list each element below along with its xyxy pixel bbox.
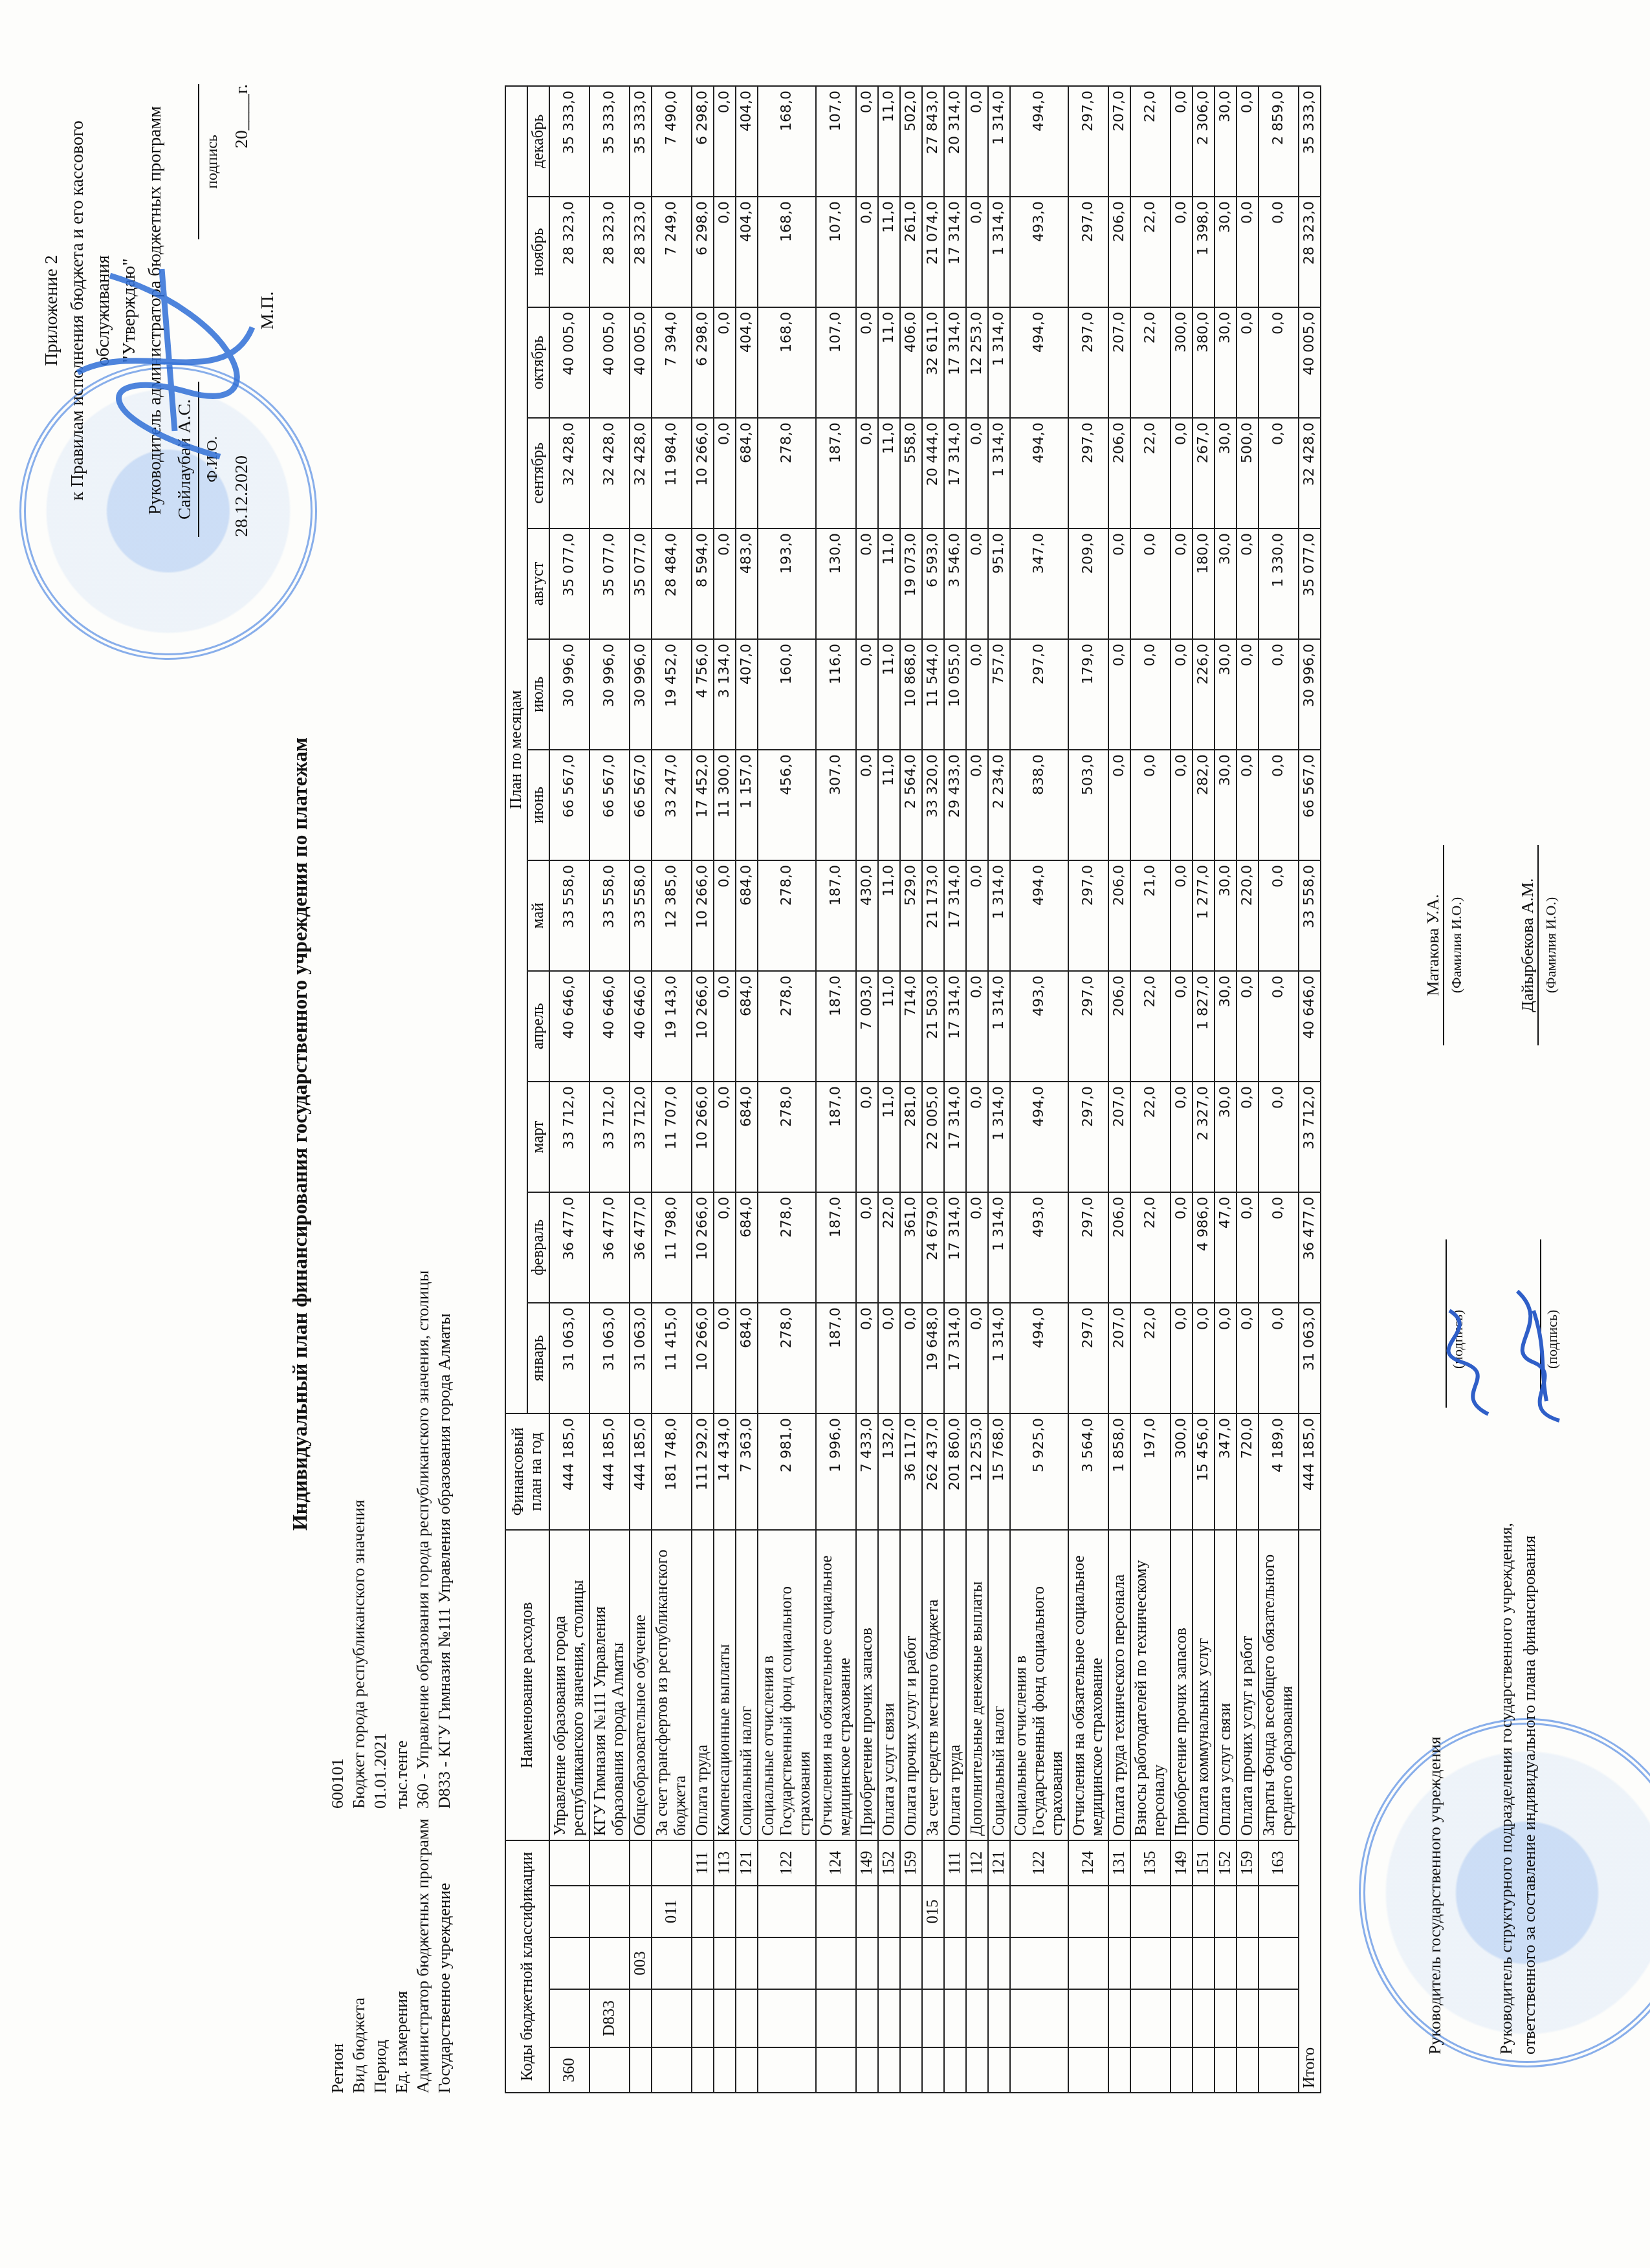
month-value: 0,0 xyxy=(856,750,878,860)
month-value: 28 323,0 xyxy=(589,197,630,307)
month-value: 0,0 xyxy=(1259,418,1299,529)
code-cell xyxy=(900,1937,922,1989)
signatures-block: Руководитель государственного учреждения… xyxy=(1424,114,1579,2055)
month-value: 30,0 xyxy=(1215,307,1237,418)
code-cell xyxy=(900,2047,922,2093)
month-value: 35 333,0 xyxy=(589,86,630,197)
meta-row: Государственное учреждение D833 - КГУ Ги… xyxy=(434,1264,455,2093)
month-value: 0,0 xyxy=(1171,1192,1193,1303)
month-value: 19 143,0 xyxy=(652,971,692,1082)
month-value: 206,0 xyxy=(1108,418,1130,529)
code-cell xyxy=(758,1989,816,2047)
month-value: 22,0 xyxy=(1130,1303,1171,1413)
code-cell xyxy=(549,1989,589,2047)
code-cell xyxy=(1130,2047,1171,2093)
document-title: Индивидуальный план финансирования госуд… xyxy=(288,0,312,2268)
month-value: 22,0 xyxy=(1130,1192,1171,1303)
month-value: 107,0 xyxy=(816,307,856,418)
table-row: D833КГУ Гимназия №111 Управления образов… xyxy=(589,86,630,2093)
month-value: 7 490,0 xyxy=(652,86,692,197)
month-value: 684,0 xyxy=(736,860,758,971)
month-value: 0,0 xyxy=(966,860,988,971)
month-value: 17 314,0 xyxy=(944,307,966,418)
expense-name: Оплата прочих услуг и работ xyxy=(900,1530,922,1840)
month-value: 278,0 xyxy=(758,418,816,529)
month-value: 40 005,0 xyxy=(549,307,589,418)
annual-value: 720,0 xyxy=(1237,1413,1259,1530)
month-value: 21,0 xyxy=(1130,860,1171,971)
month-value: 30,0 xyxy=(1215,860,1237,971)
expense-name: КГУ Гимназия №111 Управления образования… xyxy=(589,1530,630,1840)
month-value: 684,0 xyxy=(736,1082,758,1192)
signature-label: Руководитель структурного подразделения … xyxy=(1495,1440,1541,2055)
code-cell xyxy=(652,1840,692,1886)
expense-name: Оплата труда xyxy=(944,1530,966,1840)
month-value: 29 433,0 xyxy=(944,750,966,860)
expense-name: Приобретение прочих запасов xyxy=(1171,1530,1193,1840)
month-value: 47,0 xyxy=(1215,1192,1237,1303)
code-cell: 113 xyxy=(714,1840,736,1886)
month-value: 2 564,0 xyxy=(900,750,922,860)
table-row: 151Оплата коммунальных услуг15 456,00,04… xyxy=(1193,86,1215,2093)
month-value: 300,0 xyxy=(1171,307,1193,418)
month-value: 0,0 xyxy=(966,1192,988,1303)
code-cell xyxy=(630,1989,652,2047)
code-cell xyxy=(1068,1886,1108,1937)
document-meta: Регион 600101Вид бюджета Бюджет города р… xyxy=(327,1264,455,2093)
month-value: 380,0 xyxy=(1193,307,1215,418)
month-value: 278,0 xyxy=(758,971,816,1082)
code-cell xyxy=(1193,1937,1215,1989)
month-value: 11,0 xyxy=(878,197,900,307)
month-value: 297,0 xyxy=(1068,418,1108,529)
code-cell xyxy=(1237,1937,1259,1989)
month-value: 494,0 xyxy=(1010,86,1068,197)
month-value: 12 253,0 xyxy=(966,307,988,418)
month-value: 278,0 xyxy=(758,1192,816,1303)
code-cell xyxy=(1108,1886,1130,1937)
header-month: январь xyxy=(527,1303,549,1413)
code-cell xyxy=(1259,1989,1299,2047)
month-value: 456,0 xyxy=(758,750,816,860)
code-cell xyxy=(549,1886,589,1937)
code-cell: D833 xyxy=(589,1989,630,2047)
month-value: 11 798,0 xyxy=(652,1192,692,1303)
code-cell xyxy=(758,1886,816,1937)
table-row: 011За счет трансфертов из республиканско… xyxy=(652,86,692,2093)
code-cell xyxy=(1171,1989,1193,2047)
code-cell xyxy=(714,1886,736,1937)
code-cell xyxy=(878,1989,900,2047)
table-row: 135Взносы работодателей по техническому … xyxy=(1130,86,1171,2093)
month-value: 11,0 xyxy=(878,860,900,971)
month-value: 40 005,0 xyxy=(630,307,652,418)
header-monthly: План по месяцам xyxy=(505,86,527,1413)
header-month: июнь xyxy=(527,750,549,860)
month-value: 0,0 xyxy=(1237,307,1259,418)
month-value: 0,0 xyxy=(1130,639,1171,750)
month-value: 4 756,0 xyxy=(692,639,714,750)
handwritten-signature-icon xyxy=(1508,1285,1572,1427)
month-value: 207,0 xyxy=(1108,1303,1130,1413)
month-value: 40 005,0 xyxy=(589,307,630,418)
month-value: 0,0 xyxy=(1259,971,1299,1082)
month-value: 0,0 xyxy=(1171,971,1193,1082)
month-value: 22,0 xyxy=(1130,197,1171,307)
month-value: 33 712,0 xyxy=(630,1082,652,1192)
month-value: 168,0 xyxy=(758,86,816,197)
month-value: 1 398,0 xyxy=(1193,197,1215,307)
month-value: 33 558,0 xyxy=(549,860,589,971)
meta-row: Администратор бюджетных программ 360 - У… xyxy=(412,1264,434,2093)
month-value: 22,0 xyxy=(1130,86,1171,197)
meta-label: Ед. измерения xyxy=(391,1809,412,2093)
code-cell xyxy=(988,1937,1010,1989)
code-cell xyxy=(1010,1989,1068,2047)
financing-plan-table: Коды бюджетной классификации Наименовани… xyxy=(505,85,1321,2093)
code-cell xyxy=(922,1840,944,1886)
table-row: 360Управление образования города республ… xyxy=(549,86,589,2093)
code-cell xyxy=(922,1937,944,1989)
table-row: 152Оплата услуг связи132,00,022,011,011,… xyxy=(878,86,900,2093)
month-value: 19 648,0 xyxy=(922,1303,944,1413)
month-value: 0,0 xyxy=(1108,529,1130,639)
month-value: 36 477,0 xyxy=(630,1192,652,1303)
code-cell xyxy=(630,1840,652,1886)
annual-value: 4 189,0 xyxy=(1259,1413,1299,1530)
month-value: 502,0 xyxy=(900,86,922,197)
signer-name-caption: (Фамилия И.О.) xyxy=(1543,845,1559,1045)
month-value: 206,0 xyxy=(1108,197,1130,307)
month-value: 297,0 xyxy=(1068,1082,1108,1192)
code-cell xyxy=(549,1840,589,1886)
month-value: 0,0 xyxy=(966,750,988,860)
month-value: 6 298,0 xyxy=(692,86,714,197)
code-cell xyxy=(1130,1989,1171,2047)
month-value: 207,0 xyxy=(1108,1082,1130,1192)
month-value: 0,0 xyxy=(878,1303,900,1413)
code-cell xyxy=(1130,1937,1171,1989)
month-value: 22,0 xyxy=(1130,418,1171,529)
month-value: 11 544,0 xyxy=(922,639,944,750)
code-cell: 122 xyxy=(1010,1840,1068,1886)
month-value: 11 415,0 xyxy=(652,1303,692,1413)
annual-value: 3 564,0 xyxy=(1068,1413,1108,1530)
total-month-value: 33 712,0 xyxy=(1299,1082,1321,1192)
expense-name: Приобретение прочих запасов xyxy=(856,1530,878,1840)
annual-value: 15 768,0 xyxy=(988,1413,1010,1530)
month-value: 0,0 xyxy=(714,307,736,418)
month-value: 17 314,0 xyxy=(944,860,966,971)
code-cell: 124 xyxy=(816,1840,856,1886)
month-value: 30,0 xyxy=(1215,1082,1237,1192)
code-cell: 111 xyxy=(944,1840,966,1886)
header-month: август xyxy=(527,529,549,639)
month-value: 483,0 xyxy=(736,529,758,639)
month-value: 0,0 xyxy=(1237,1082,1259,1192)
month-value: 30,0 xyxy=(1215,418,1237,529)
month-value: 297,0 xyxy=(1068,86,1108,197)
month-value: 278,0 xyxy=(758,860,816,971)
code-cell xyxy=(1068,1989,1108,2047)
table-row: 124Отчисления на обязательное социальное… xyxy=(1068,86,1108,2093)
total-label: Итого xyxy=(1299,1530,1321,2093)
code-cell xyxy=(1193,2047,1215,2093)
month-value: 0,0 xyxy=(1237,750,1259,860)
code-cell xyxy=(1193,1886,1215,1937)
expense-name: Затраты Фонда всеобщего обязательного ср… xyxy=(1259,1530,1299,1840)
code-cell: 131 xyxy=(1108,1840,1130,1886)
code-cell xyxy=(966,1989,988,2047)
code-cell xyxy=(758,2047,816,2093)
month-value: 11,0 xyxy=(878,307,900,418)
month-value: 261,0 xyxy=(900,197,922,307)
code-cell: 163 xyxy=(1259,1840,1299,1886)
month-value: 6 593,0 xyxy=(922,529,944,639)
annual-value: 36 117,0 xyxy=(900,1413,922,1530)
annual-value: 201 860,0 xyxy=(944,1413,966,1530)
annual-value: 12 253,0 xyxy=(966,1413,988,1530)
expense-name: Социальный налог xyxy=(988,1530,1010,1840)
month-value: 31 063,0 xyxy=(630,1303,652,1413)
month-value: 33 712,0 xyxy=(589,1082,630,1192)
month-value: 0,0 xyxy=(1259,1082,1299,1192)
month-value: 0,0 xyxy=(1108,750,1130,860)
month-value: 0,0 xyxy=(1171,529,1193,639)
code-cell: 011 xyxy=(652,1886,692,1937)
month-value: 22,0 xyxy=(1130,307,1171,418)
code-cell xyxy=(652,1989,692,2047)
table-row: 111Оплата труда201 860,017 314,017 314,0… xyxy=(944,86,966,2093)
month-value: 30 996,0 xyxy=(589,639,630,750)
month-value: 35 333,0 xyxy=(630,86,652,197)
code-cell xyxy=(878,1937,900,1989)
header-month: апрель xyxy=(527,971,549,1082)
month-value: 0,0 xyxy=(856,529,878,639)
code-cell xyxy=(652,2047,692,2093)
month-value: 1 314,0 xyxy=(988,860,1010,971)
month-value: 407,0 xyxy=(736,639,758,750)
table-row: 015За счет средств местного бюджета262 4… xyxy=(922,86,944,2093)
code-cell: 112 xyxy=(966,1840,988,1886)
month-value: 207,0 xyxy=(1108,86,1130,197)
month-value: 0,0 xyxy=(714,418,736,529)
month-value: 0,0 xyxy=(1193,1303,1215,1413)
month-value: 10 266,0 xyxy=(692,1082,714,1192)
code-cell xyxy=(1171,1937,1193,1989)
month-value: 0,0 xyxy=(966,1303,988,1413)
month-value: 1 314,0 xyxy=(988,971,1010,1082)
annual-value: 197,0 xyxy=(1130,1413,1171,1530)
code-cell xyxy=(966,1886,988,1937)
month-value: 19 073,0 xyxy=(900,529,922,639)
month-value: 11,0 xyxy=(878,639,900,750)
meta-label: Вид бюджета xyxy=(348,1809,369,2093)
month-value: 684,0 xyxy=(736,1303,758,1413)
month-value: 11,0 xyxy=(878,418,900,529)
month-value: 66 567,0 xyxy=(549,750,589,860)
total-month-value: 35 333,0 xyxy=(1299,86,1321,197)
month-value: 11,0 xyxy=(878,1082,900,1192)
code-cell: 151 xyxy=(1193,1840,1215,1886)
meta-row: Ед. измерения тыс.тенге xyxy=(391,1264,412,2093)
header-month: май xyxy=(527,860,549,971)
month-value: 0,0 xyxy=(966,197,988,307)
month-value: 0,0 xyxy=(1171,197,1193,307)
signature-row: Руководитель государственного учреждения… xyxy=(1424,114,1495,2055)
total-annual: 444 185,0 xyxy=(1299,1413,1321,1530)
expense-name: Социальный налог xyxy=(736,1530,758,1840)
month-value: 0,0 xyxy=(1237,86,1259,197)
month-value: 282,0 xyxy=(1193,750,1215,860)
code-cell: 360 xyxy=(549,2047,589,2093)
month-value: 267,0 xyxy=(1193,418,1215,529)
code-cell xyxy=(736,1937,758,1989)
month-value: 0,0 xyxy=(1171,750,1193,860)
month-value: 757,0 xyxy=(988,639,1010,750)
month-value: 1 314,0 xyxy=(988,1082,1010,1192)
code-cell xyxy=(1215,2047,1237,2093)
code-cell xyxy=(922,1989,944,2047)
meta-value: 01.01.2021 xyxy=(369,1264,391,1809)
code-cell xyxy=(988,2047,1010,2093)
month-value: 17 314,0 xyxy=(944,1303,966,1413)
code-cell xyxy=(630,1886,652,1937)
month-value: 500,0 xyxy=(1237,418,1259,529)
code-cell xyxy=(736,2047,758,2093)
annual-value: 444 185,0 xyxy=(630,1413,652,1530)
month-value: 307,0 xyxy=(816,750,856,860)
month-value: 7 394,0 xyxy=(652,307,692,418)
code-cell xyxy=(714,1937,736,1989)
month-value: 10 266,0 xyxy=(692,418,714,529)
code-cell xyxy=(1108,2047,1130,2093)
month-value: 0,0 xyxy=(1130,750,1171,860)
month-value: 0,0 xyxy=(1171,86,1193,197)
signature-label: Руководитель государственного учреждения xyxy=(1424,1440,1447,2055)
month-value: 21 503,0 xyxy=(922,971,944,1082)
code-cell xyxy=(1237,1989,1259,2047)
month-value: 0,0 xyxy=(714,86,736,197)
month-value: 0,0 xyxy=(1259,307,1299,418)
code-cell xyxy=(856,2047,878,2093)
month-value: 1 330,0 xyxy=(1259,529,1299,639)
month-value: 493,0 xyxy=(1010,197,1068,307)
month-value: 297,0 xyxy=(1068,197,1108,307)
month-value: 17 452,0 xyxy=(692,750,714,860)
signer-name: Дайырбекова А.М. xyxy=(1518,845,1539,1045)
code-cell xyxy=(988,1989,1010,2047)
code-cell: 015 xyxy=(922,1886,944,1937)
code-cell xyxy=(1010,1937,1068,1989)
month-value: 0,0 xyxy=(1130,529,1171,639)
month-value: 0,0 xyxy=(1237,971,1259,1082)
month-value: 0,0 xyxy=(856,639,878,750)
month-value: 494,0 xyxy=(1010,1303,1068,1413)
month-value: 35 333,0 xyxy=(549,86,589,197)
month-value: 0,0 xyxy=(1237,1303,1259,1413)
annual-value: 444 185,0 xyxy=(589,1413,630,1530)
expense-name: Социальные отчисления в Государственный … xyxy=(1010,1530,1068,1840)
code-cell xyxy=(1171,2047,1193,2093)
month-value: 0,0 xyxy=(856,1082,878,1192)
month-value: 0,0 xyxy=(1237,197,1259,307)
code-cell xyxy=(1237,1886,1259,1937)
code-cell: 124 xyxy=(1068,1840,1108,1886)
code-cell xyxy=(966,2047,988,2093)
total-month-value: 40 646,0 xyxy=(1299,971,1321,1082)
month-value: 0,0 xyxy=(856,1192,878,1303)
month-value: 10 868,0 xyxy=(900,639,922,750)
month-value: 33 558,0 xyxy=(589,860,630,971)
month-value: 21 173,0 xyxy=(922,860,944,971)
meta-row: Период 01.01.2021 xyxy=(369,1264,391,2093)
month-value: 0,0 xyxy=(714,529,736,639)
table-row: 152Оплата услуг связи347,00,047,030,030,… xyxy=(1215,86,1237,2093)
month-value: 28 323,0 xyxy=(549,197,589,307)
code-cell xyxy=(944,1886,966,1937)
month-value: 430,0 xyxy=(856,860,878,971)
month-value: 0,0 xyxy=(856,86,878,197)
month-value: 33 558,0 xyxy=(630,860,652,971)
month-value: 1 157,0 xyxy=(736,750,758,860)
table-row: 121Социальный налог7 363,0684,0684,0684,… xyxy=(736,86,758,2093)
code-cell xyxy=(692,1886,714,1937)
code-cell xyxy=(714,1989,736,2047)
table-row: 149Приобретение прочих запасов300,00,00,… xyxy=(1171,86,1193,2093)
code-cell xyxy=(922,2047,944,2093)
header-month: март xyxy=(527,1082,549,1192)
code-cell xyxy=(1215,1989,1237,2047)
month-value: 1 314,0 xyxy=(988,1192,1010,1303)
meta-row: Вид бюджета Бюджет города республиканско… xyxy=(348,1264,369,2093)
month-value: 0,0 xyxy=(714,1192,736,1303)
code-cell xyxy=(966,1937,988,1989)
month-value: 30 996,0 xyxy=(630,639,652,750)
month-value: 0,0 xyxy=(856,307,878,418)
month-value: 0,0 xyxy=(966,639,988,750)
signature-row: Руководитель структурного подразделения … xyxy=(1495,114,1579,2055)
meta-value: 360 - Управление образования города респ… xyxy=(412,1264,434,1809)
month-value: 22,0 xyxy=(1130,971,1171,1082)
month-value: 187,0 xyxy=(816,1082,856,1192)
annual-value: 111 292,0 xyxy=(692,1413,714,1530)
code-cell xyxy=(1215,1886,1237,1937)
month-value: 0,0 xyxy=(1171,860,1193,971)
code-cell xyxy=(758,1937,816,1989)
code-cell xyxy=(1259,1937,1299,1989)
code-cell xyxy=(900,1886,922,1937)
month-value: 529,0 xyxy=(900,860,922,971)
month-value: 493,0 xyxy=(1010,1192,1068,1303)
month-value: 6 298,0 xyxy=(692,307,714,418)
month-value: 297,0 xyxy=(1068,1192,1108,1303)
month-value: 107,0 xyxy=(816,86,856,197)
code-cell: 152 xyxy=(1215,1840,1237,1886)
month-value: 66 567,0 xyxy=(630,750,652,860)
month-value: 11 707,0 xyxy=(652,1082,692,1192)
month-value: 347,0 xyxy=(1010,529,1068,639)
month-value: 0,0 xyxy=(1259,639,1299,750)
month-value: 226,0 xyxy=(1193,639,1215,750)
month-value: 361,0 xyxy=(900,1192,922,1303)
expense-name: Отчисления на обязательное социальное ме… xyxy=(1068,1530,1108,1840)
code-cell: 122 xyxy=(758,1840,816,1886)
month-value: 494,0 xyxy=(1010,860,1068,971)
month-value: 30 996,0 xyxy=(549,639,589,750)
code-cell xyxy=(988,1886,1010,1937)
month-value: 8 594,0 xyxy=(692,529,714,639)
